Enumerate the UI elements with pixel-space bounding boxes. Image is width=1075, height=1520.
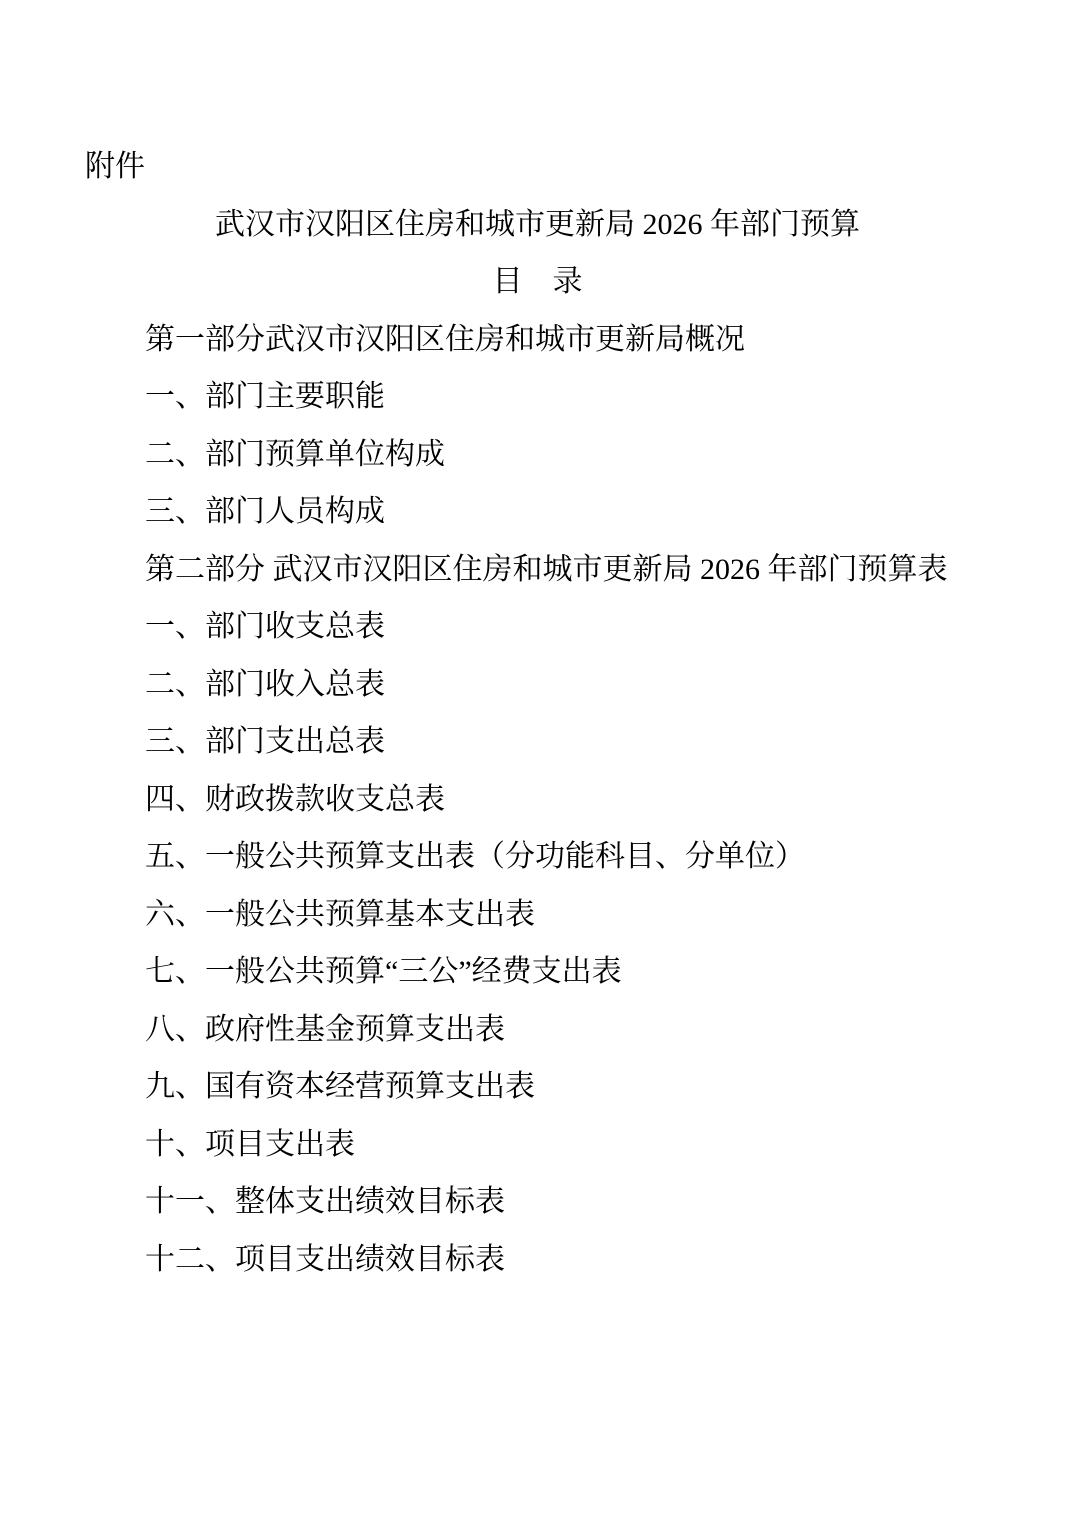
toc-list: 第一部分武汉市汉阳区住房和城市更新局概况一、部门主要职能二、部门预算单位构成三、… [85, 311, 990, 1289]
toc-item: 三、部门人员构成 [85, 483, 990, 541]
toc-item: 六、一般公共预算基本支出表 [85, 886, 990, 944]
toc-item: 八、政府性基金预算支出表 [85, 1001, 990, 1059]
document-page: 附件 武汉市汉阳区住房和城市更新局 2026 年部门预算 目 录 第一部分武汉市… [0, 0, 1075, 1520]
document-content: 附件 武汉市汉阳区住房和城市更新局 2026 年部门预算 目 录 第一部分武汉市… [0, 0, 1075, 1288]
toc-item: 四、财政拨款收支总表 [85, 771, 990, 829]
toc-item: 第一部分武汉市汉阳区住房和城市更新局概况 [85, 311, 990, 369]
toc-item: 二、部门收入总表 [85, 656, 990, 714]
toc-item: 十、项目支出表 [85, 1116, 990, 1174]
toc-item: 七、一般公共预算“三公”经费支出表 [85, 943, 990, 1001]
document-title: 武汉市汉阳区住房和城市更新局 2026 年部门预算 [85, 196, 990, 254]
attachment-label: 附件 [85, 138, 990, 196]
toc-item: 十一、整体支出绩效目标表 [85, 1173, 990, 1231]
toc-item: 十二、项目支出绩效目标表 [85, 1231, 990, 1289]
toc-heading: 目 录 [85, 253, 990, 311]
toc-item: 九、国有资本经营预算支出表 [85, 1058, 990, 1116]
toc-item: 五、一般公共预算支出表（分功能科目、分单位） [85, 828, 990, 886]
toc-item: 第二部分 武汉市汉阳区住房和城市更新局 2026 年部门预算表 [85, 541, 990, 599]
toc-item: 一、部门收支总表 [85, 598, 990, 656]
toc-item: 二、部门预算单位构成 [85, 426, 990, 484]
toc-item: 一、部门主要职能 [85, 368, 990, 426]
toc-item: 三、部门支出总表 [85, 713, 990, 771]
